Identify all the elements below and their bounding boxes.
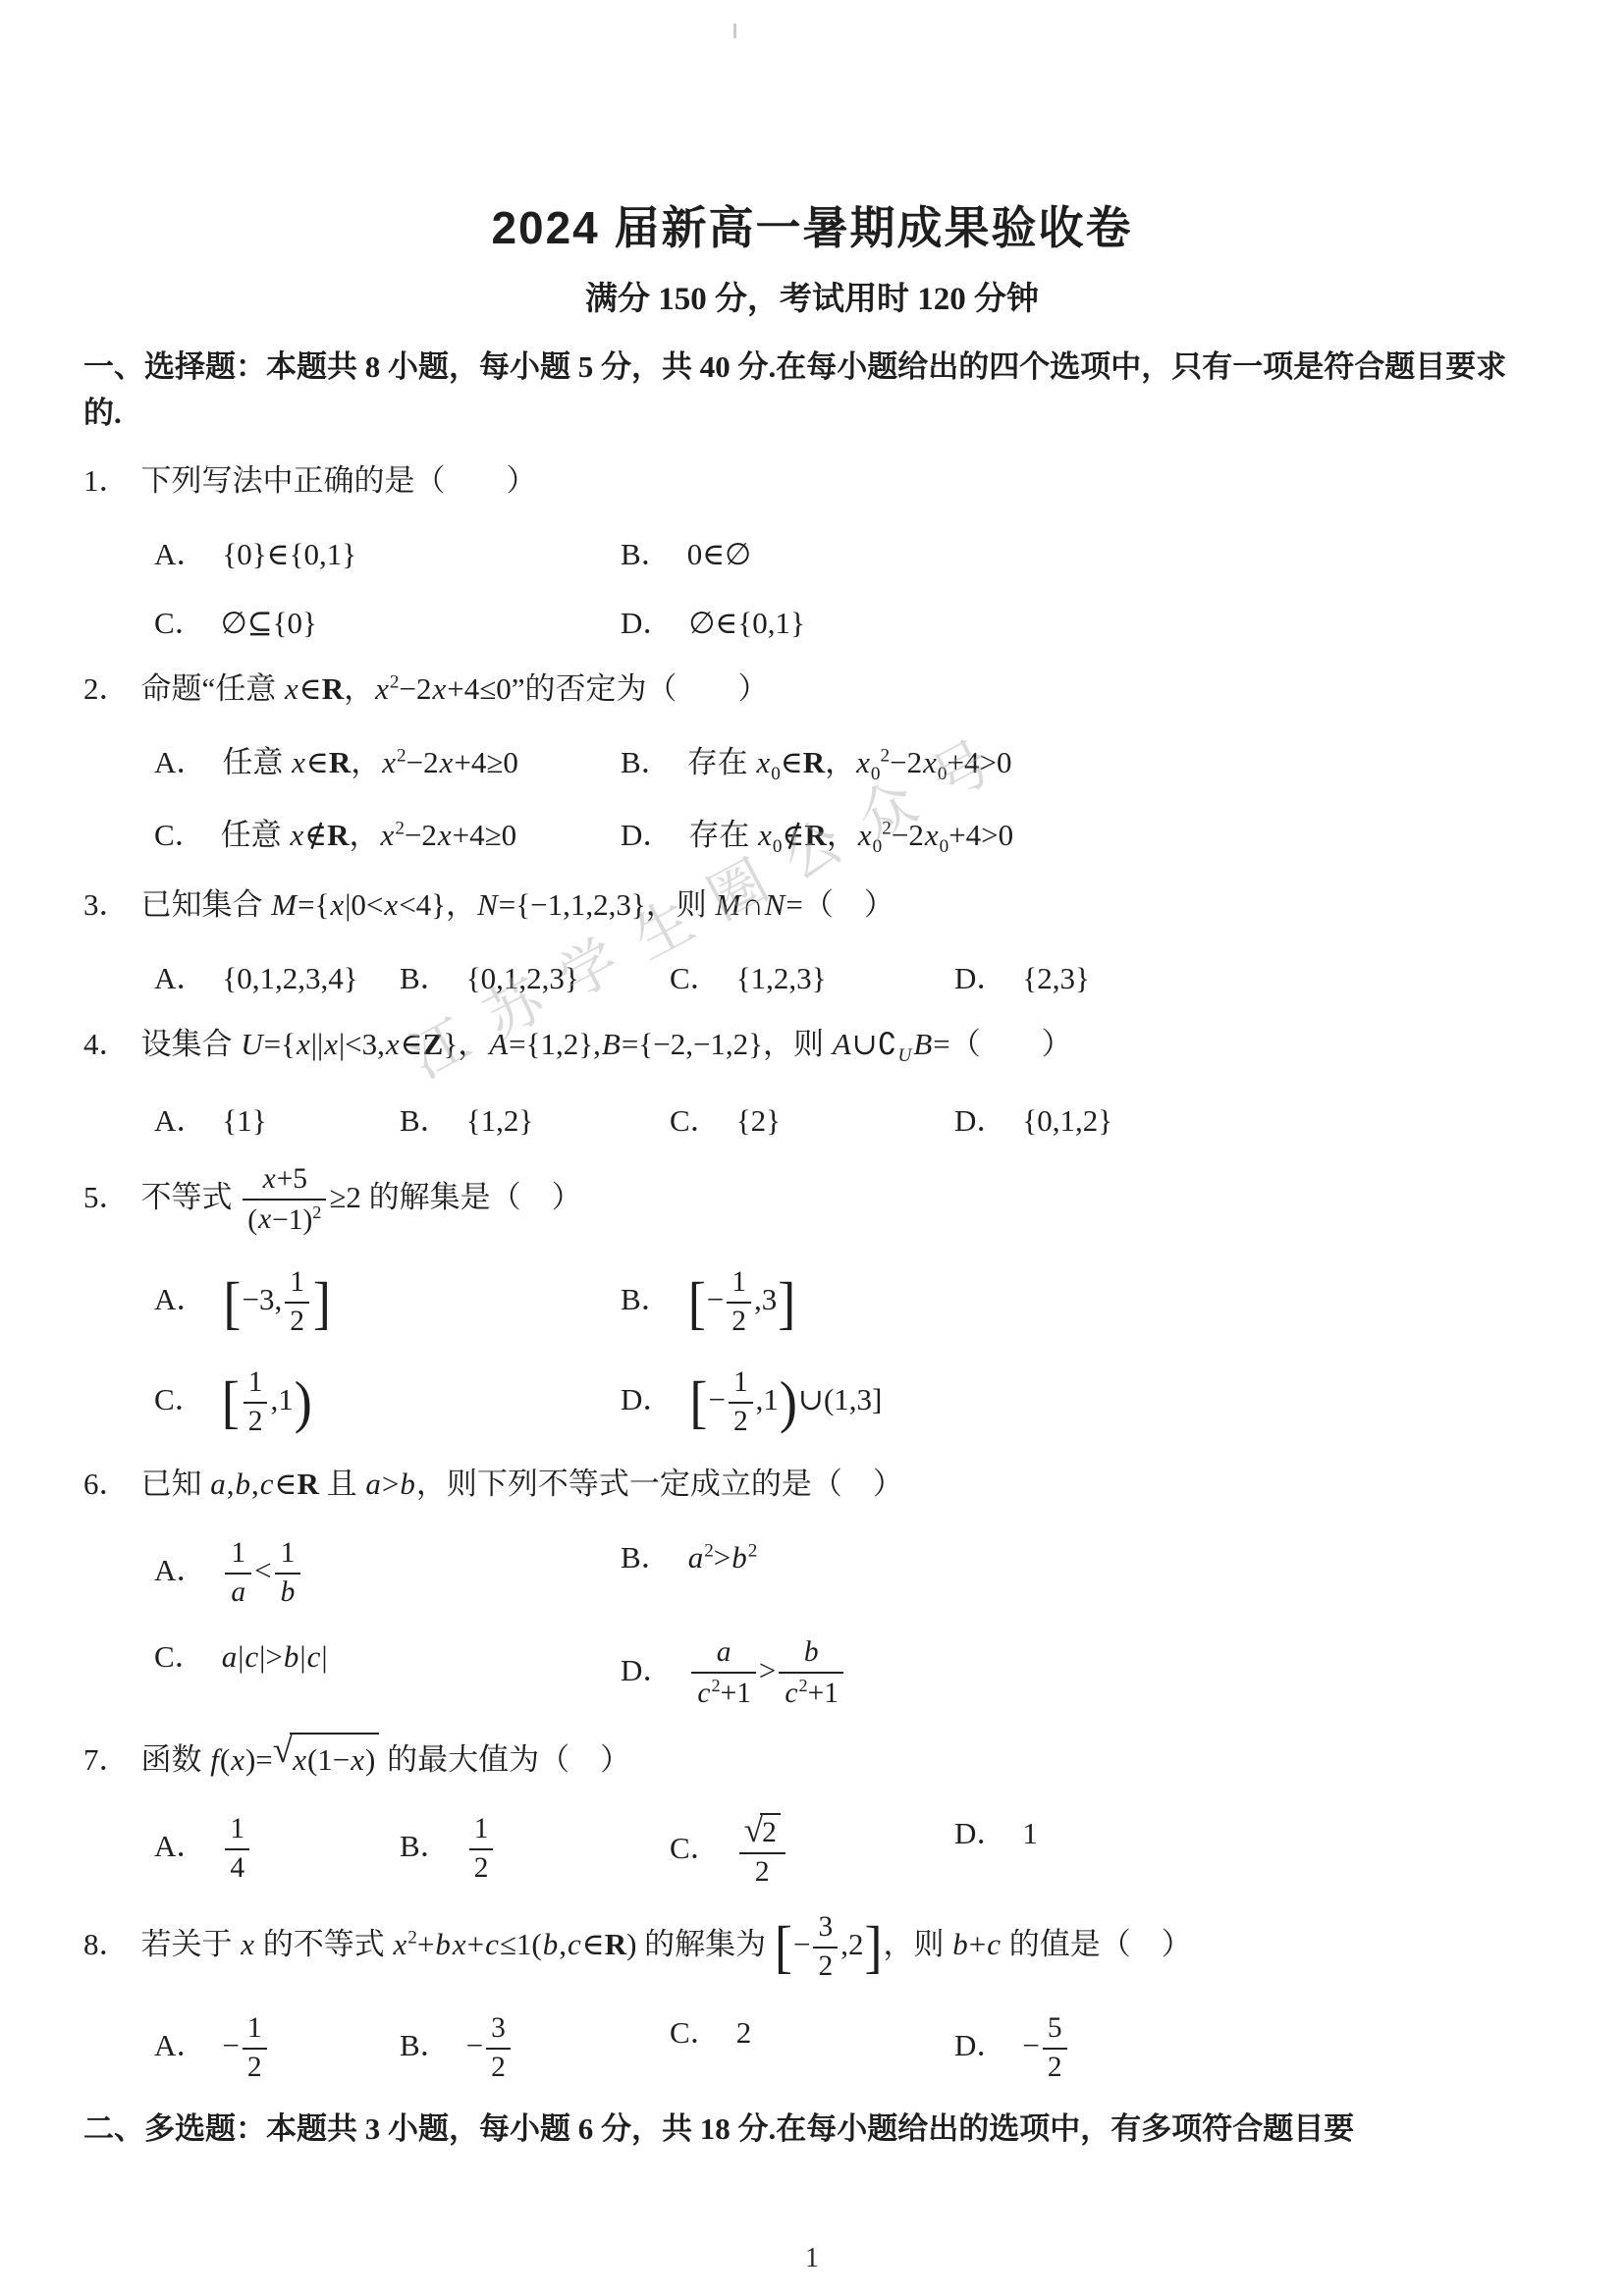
options: A．{0}∈{0,1}B．0∈∅C．∅⊆{0}D．∅∈{0,1} [83, 534, 1541, 644]
option-4A: A．{1} [154, 1100, 400, 1142]
question-stem: 8．若关于 x 的不等式 x2+bx+c≤1(b,c∈R) 的解集为 [−32,… [83, 1911, 1541, 1984]
section-heading: 二、多选题：本题共 3 小题，每小题 6 分，共 18 分.在每小题给出的选项中… [83, 2107, 1541, 2153]
option-2A: A．任意 x∈R，x2−2x+4≥0 [154, 742, 621, 787]
question-stem: 4．设集合 U={x||x|<3,x∈Z}，A={1,2},B={−2,−1,2… [83, 1021, 1541, 1071]
options: A．任意 x∈R，x2−2x+4≥0B．存在 x0∈R，x02−2x0+4>0C… [83, 742, 1541, 860]
page-number: 1 [0, 2243, 1624, 2274]
option-1B: B．0∈∅ [621, 534, 1541, 575]
question-stem: 2．命题“任意 x∈R，x2−2x+4≤0”的否定为（ ） [83, 666, 1541, 713]
options: A．[−3,12]B．[−12,3]C．[12,1)D．[−12,1)∪(1,3… [83, 1266, 1541, 1438]
option-1C: C．∅⊆{0} [154, 603, 621, 644]
option-2D: D．存在 x0∉R，x02−2x0+4>0 [621, 815, 1541, 860]
options: A．{0,1,2,3,4}B．{0,1,2,3}C．{1,2,3}D．{2,3} [83, 958, 1541, 999]
option-7A: A．14 [154, 1813, 400, 1890]
option-5A: A．[−3,12] [154, 1266, 621, 1339]
option-6D: D．ac2+1>bc2+1 [621, 1636, 1541, 1711]
option-4C: C．{2} [670, 1100, 954, 1142]
page-content: 2024 届新高一暑期成果验收卷 满分 150 分，考试用时 120 分钟 一、… [0, 0, 1624, 2153]
question-stem: 3．已知集合 M={x|0<x<4}，N={−1,1,2,3}，则 M∩N=（ … [83, 881, 1541, 929]
option-5C: C．[12,1) [154, 1366, 621, 1439]
option-3D: D．{2,3} [954, 958, 1541, 999]
question-3: 3．已知集合 M={x|0<x<4}，N={−1,1,2,3}，则 M∩N=（ … [83, 881, 1541, 999]
option-1A: A．{0}∈{0,1} [154, 534, 621, 575]
option-8D: D．−52 [954, 2012, 1541, 2085]
exam-page: 2024 届新高一暑期成果验收卷 满分 150 分，考试用时 120 分钟 一、… [0, 0, 1624, 2296]
option-1D: D．∅∈{0,1} [621, 603, 1541, 644]
option-6B: B．a2>b2 [621, 1537, 1541, 1610]
question-4: 4．设集合 U={x||x|<3,x∈Z}，A={1,2},B={−2,−1,2… [83, 1021, 1541, 1142]
exam-title: 2024 届新高一暑期成果验收卷 [83, 0, 1541, 257]
option-7C: C．√22 [670, 1813, 954, 1890]
section-heading: 一、选择题：本题共 8 小题，每小题 5 分，共 40 分.在每小题给出的四个选… [83, 345, 1541, 436]
option-2C: C．任意 x∉R，x2−2x+4≥0 [154, 815, 621, 860]
option-7D: D．1 [954, 1813, 1541, 1890]
option-3C: C．{1,2,3} [670, 958, 954, 999]
question-2: 2．命题“任意 x∈R，x2−2x+4≤0”的否定为（ ）A．任意 x∈R，x2… [83, 666, 1541, 860]
option-4B: B．{1,2} [400, 1100, 670, 1142]
options: A．1a<1bB．a2>b2C．a|c|>b|c|D．ac2+1>bc2+1 [83, 1537, 1541, 1711]
options: A．−12B．−32C．2D．−52 [83, 2012, 1541, 2085]
exam-subtitle: 满分 150 分，考试用时 120 分钟 [83, 273, 1541, 319]
question-5: 5．不等式 x+5(x−1)2≥2 的解集是（ ）A．[−3,12]B．[−12… [83, 1163, 1541, 1439]
question-stem: 7．函数 f(x)=√x(1−x) 的最大值为（ ） [83, 1733, 1541, 1784]
option-7B: B．12 [400, 1813, 670, 1890]
option-8B: B．−32 [400, 2012, 670, 2085]
question-7: 7．函数 f(x)=√x(1−x) 的最大值为（ ）A．14B．12C．√22D… [83, 1733, 1541, 1890]
option-3A: A．{0,1,2,3,4} [154, 958, 400, 999]
option-6C: C．a|c|>b|c| [154, 1636, 621, 1711]
question-8: 8．若关于 x 的不等式 x2+bx+c≤1(b,c∈R) 的解集为 [−32,… [83, 1911, 1541, 2085]
option-5D: D．[−12,1)∪(1,3] [621, 1366, 1541, 1439]
question-stem: 1．下列写法中正确的是（ ） [83, 457, 1541, 505]
option-3B: B．{0,1,2,3} [400, 958, 670, 999]
option-8C: C．2 [670, 2012, 954, 2085]
option-5B: B．[−12,3] [621, 1266, 1541, 1339]
question-stem: 6．已知 a,b,c∈R 且 a>b，则下列不等式一定成立的是（ ） [83, 1461, 1541, 1508]
question-stem: 5．不等式 x+5(x−1)2≥2 的解集是（ ） [83, 1163, 1541, 1238]
option-6A: A．1a<1b [154, 1537, 621, 1610]
question-6: 6．已知 a,b,c∈R 且 a>b，则下列不等式一定成立的是（ ）A．1a<1… [83, 1461, 1541, 1711]
scan-artifact [733, 24, 736, 38]
option-4D: D．{0,1,2} [954, 1100, 1541, 1142]
options: A．14B．12C．√22D．1 [83, 1813, 1541, 1890]
question-1: 1．下列写法中正确的是（ ）A．{0}∈{0,1}B．0∈∅C．∅⊆{0}D．∅… [83, 457, 1541, 644]
questions-container: 一、选择题：本题共 8 小题，每小题 5 分，共 40 分.在每小题给出的四个选… [83, 345, 1541, 2153]
options: A．{1}B．{1,2}C．{2}D．{0,1,2} [83, 1100, 1541, 1142]
option-8A: A．−12 [154, 2012, 400, 2085]
option-2B: B．存在 x0∈R，x02−2x0+4>0 [621, 742, 1541, 787]
